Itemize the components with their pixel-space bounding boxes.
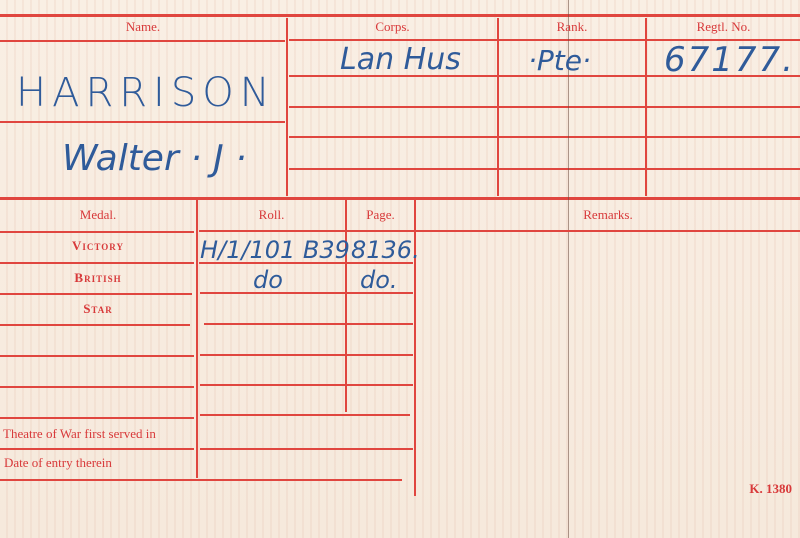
name-header-rule [0, 40, 285, 42]
date-entry-label: Date of entry therein [4, 455, 200, 471]
remarks-label: Remarks. [416, 207, 800, 223]
corps-label: Corps. [288, 19, 497, 35]
medal-row-british: British [0, 270, 196, 286]
corps-value: Lan Hus [340, 42, 461, 77]
date-top-rule-right [200, 448, 413, 450]
row-rule-3 [289, 136, 800, 138]
roll-row-rule [200, 354, 413, 356]
theatre-top-rule-right [200, 414, 410, 416]
medal-row-star: Star [0, 301, 196, 317]
roll-page-remarks-header-rule [199, 230, 800, 232]
theatre-top-rule [0, 417, 194, 419]
rank-regtl-divider [645, 18, 647, 196]
corps-rank-divider [497, 18, 499, 196]
rank-value: ·Pte· [528, 44, 591, 77]
regtl-no-label: Regtl. No. [647, 19, 800, 35]
rank-label: Rank. [499, 19, 645, 35]
date-top-rule [0, 448, 194, 450]
regtl-no-value: 67177. [664, 40, 795, 80]
form-number: K. 1380 [722, 481, 792, 497]
row-rule-4 [289, 168, 800, 170]
name-corps-divider [286, 18, 288, 196]
roll-value-victory: H/1/101 B39 [200, 236, 350, 264]
surname-underline [0, 121, 285, 123]
page-label: Page. [347, 207, 414, 223]
card-fold-line [568, 0, 569, 538]
medal-row-victory: Victory [0, 238, 196, 254]
medal-row-rule [0, 386, 194, 388]
medal-row-rule [0, 262, 194, 264]
surname-value: HARRISON [16, 70, 276, 116]
page-value-victory: 8136. [351, 236, 420, 264]
roll-row-rule [200, 384, 413, 386]
section-divider-rule [0, 197, 800, 200]
page-value-british: do. [360, 266, 398, 294]
row-rule-2 [289, 106, 800, 108]
medal-header-rule [0, 231, 194, 233]
medal-row-rule [0, 355, 194, 357]
forenames-value: Walter · J · [62, 138, 247, 179]
roll-value-british: do [253, 266, 283, 294]
medal-label: Medal. [0, 207, 196, 223]
medal-row-rule [0, 324, 190, 326]
medal-index-card: Name. Corps. Rank. Regtl. No. HARRISON W… [0, 0, 800, 538]
roll-label: Roll. [198, 207, 345, 223]
top-border-rule [0, 14, 800, 17]
bottom-rule [0, 479, 402, 481]
medal-row-rule [0, 293, 192, 295]
name-label: Name. [0, 19, 286, 35]
roll-row-rule [204, 323, 413, 325]
theatre-label: Theatre of War first served in [3, 426, 199, 442]
